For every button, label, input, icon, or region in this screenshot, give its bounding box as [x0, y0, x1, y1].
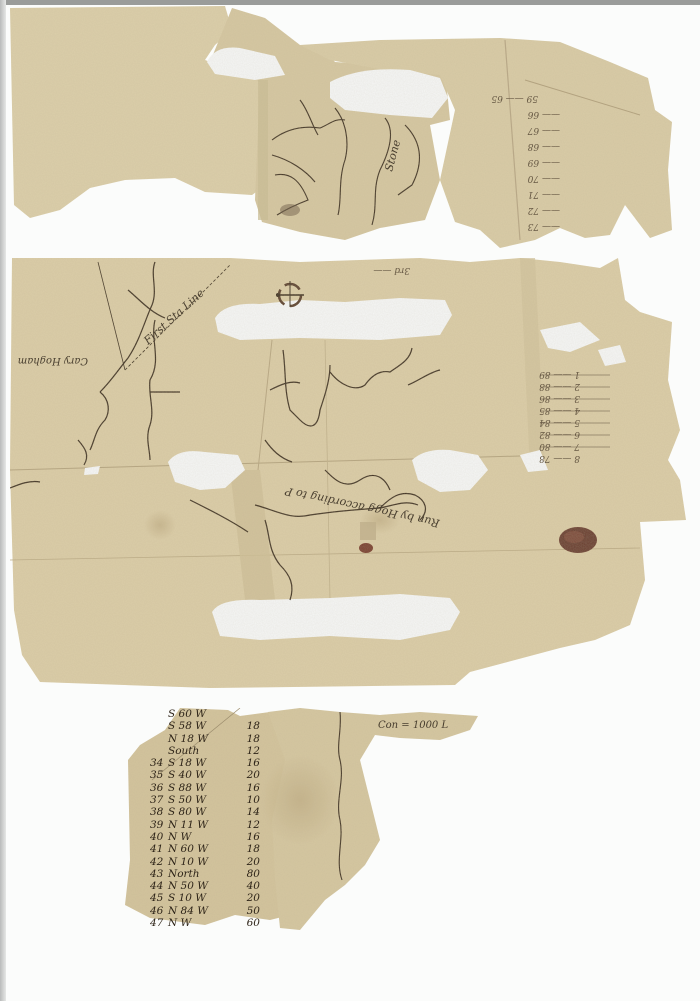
svg-text:5 —— 84: 5 —— 84 [539, 417, 580, 427]
hole-middle-1 [215, 298, 452, 340]
table-row: 45S 10 W20 [150, 892, 280, 904]
table-row: 36S 88 W16 [150, 782, 280, 794]
table-row: 47N W60 [150, 917, 280, 929]
fragment-middle: First Sta Line Cary Hogham Run by Hogg a… [10, 258, 686, 688]
table-row: 40N W16 [150, 831, 280, 843]
svg-text:59 —— 65: 59 —— 65 [491, 93, 538, 103]
table-row: S 58 W18 [150, 720, 280, 732]
svg-text:—— 71: —— 71 [528, 189, 560, 199]
svg-text:—— 68: —— 68 [527, 141, 560, 151]
table-row: N 18 W18 [150, 733, 280, 745]
svg-text:1 —— 89: 1 —— 89 [539, 369, 580, 379]
svg-text:7 —— 80: 7 —— 80 [539, 441, 580, 451]
table-row: 46N 84 W50 [150, 905, 280, 917]
svg-text:—— 67: —— 67 [527, 125, 560, 135]
label-cary-hogham: Cary Hogham [18, 355, 88, 366]
hole-middle-4 [212, 594, 460, 640]
svg-text:4 —— 85: 4 —— 85 [539, 405, 581, 415]
svg-text:—— 69: —— 69 [527, 157, 560, 167]
svg-text:—— 66: —— 66 [527, 109, 560, 119]
table-row: 42N 10 W20 [150, 856, 280, 868]
wax-seal-small [359, 543, 373, 553]
table-row: 34S 18 W16 [150, 757, 280, 769]
table-row: 39N 11 W12 [150, 819, 280, 831]
fragment-top: Stone 59 —— 65 —— 66 —— 67 —— 68 —— 69 —… [10, 6, 672, 248]
svg-text:8 —— 78: 8 —— 78 [539, 453, 580, 463]
bottom-header-note: Con = 1000 L [378, 720, 448, 731]
table-row: 38S 80 W14 [150, 806, 280, 818]
svg-text:2 —— 88: 2 —— 88 [539, 381, 581, 391]
table-row: South12 [150, 745, 280, 757]
table-row: S 60 W [150, 708, 280, 720]
svg-text:3rd ——: 3rd —— [373, 265, 410, 275]
table-row: 43North80 [150, 868, 280, 880]
svg-text:3 —— 86: 3 —— 86 [539, 393, 580, 403]
survey-table: S 60 W S 58 W18 N 18 W18 South12 34S 18 … [150, 708, 280, 929]
svg-text:—— 73: —— 73 [527, 221, 560, 231]
svg-text:—— 72: —— 72 [527, 205, 560, 215]
svg-text:6 —— 82: 6 —— 82 [539, 429, 580, 439]
manuscript-scan: Stone 59 —— 65 —— 66 —— 67 —— 68 —— 69 —… [0, 0, 700, 1001]
table-row: 41N 60 W18 [150, 843, 280, 855]
table-row: 44N 50 W40 [150, 880, 280, 892]
table-row: 37S 50 W10 [150, 794, 280, 806]
svg-text:—— 70: —— 70 [527, 173, 560, 183]
table-row: 35S 40 W20 [150, 769, 280, 781]
